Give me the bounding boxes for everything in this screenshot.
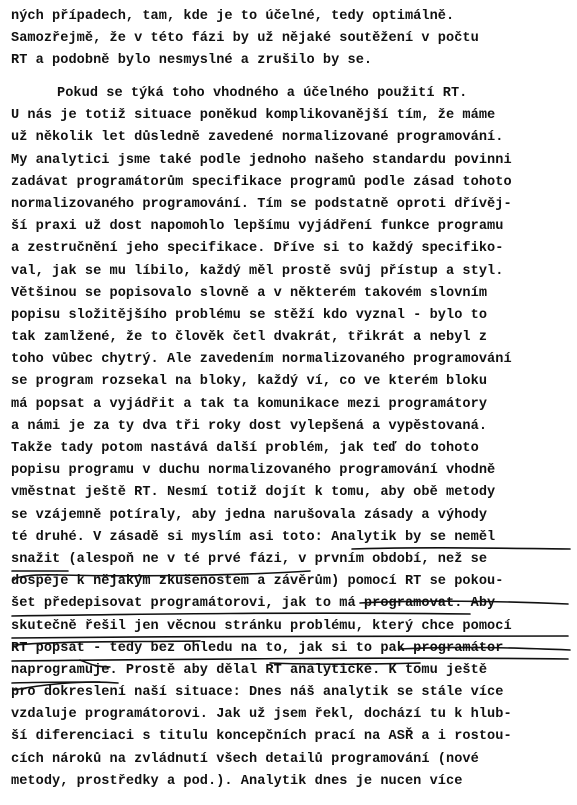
scanned-page: ných případech, tam, kde je to účelné, t… (0, 0, 577, 805)
text-line: cích nároků na zvládnutí všech detailů p… (11, 749, 577, 771)
text-line: Takže tady potom nastává další problém, … (11, 438, 577, 460)
text-line: ší praxi už dost napomohlo lepšímu vyjád… (11, 216, 577, 238)
text-line: Pokud se týká toho vhodného a účelného p… (11, 83, 577, 105)
text-line: toho vůbec chytrý. Ale zavedením normali… (11, 349, 577, 371)
text-line: má popsat a vyjádřit a tak ta komunikace… (11, 394, 577, 416)
text-line: se vzájemně potíraly, aby jedna narušova… (11, 505, 577, 527)
text-line: ných případech, tam, kde je to účelné, t… (11, 6, 577, 28)
text-line: se program rozsekal na bloky, každý ví, … (11, 371, 577, 393)
text-line: a zestručnění jeho specifikace. Dříve si… (11, 238, 577, 260)
text-line: ší diferenciaci s titulu koncepčních pra… (11, 726, 577, 748)
text-line: tak zamlžené, že to člověk četl dvakrát,… (11, 327, 577, 349)
text-line: zadávat programátorům specifikace progra… (11, 172, 577, 194)
text-line: skutečně řešil jen věcnou stránku problé… (11, 616, 577, 638)
text-line: pro dokreslení naší situace: Dnes náš an… (11, 682, 577, 704)
text-line: val, jak se mu líbilo, každý měl prostě … (11, 261, 577, 283)
text-line: My analytici jsme také podle jednoho naš… (11, 150, 577, 172)
text-line: popisu programu v duchu normalizovaného … (11, 460, 577, 482)
text-line: RT a podobně bylo nesmyslné a zrušilo by… (11, 50, 577, 72)
text-line: Samozřejmě, že v této fázi by už nějaké … (11, 28, 577, 50)
text-line: už několik let důsledně zavedené normali… (11, 127, 577, 149)
text-line: normalizovaného programování. Tím se pod… (11, 194, 577, 216)
text-line: U nás je totiž situace poněkud komplikov… (11, 105, 577, 127)
text-line: popisu složitějšího problému se stěží kd… (11, 305, 577, 327)
text-line: a námi je za ty dva tři roky dost vylepš… (11, 416, 577, 438)
text-line: dospěje k nějakým zkušenostem a závěrům)… (11, 571, 577, 593)
paragraph-1: ných případech, tam, kde je to účelné, t… (11, 6, 577, 73)
text-line: Většinou se popisovalo slovně a v někter… (11, 283, 577, 305)
text-line: té druhé. V zásadě si myslím asi toto: A… (11, 527, 577, 549)
paragraph-2: Pokud se týká toho vhodného a účelného p… (11, 83, 577, 793)
text-line: vměstnat ještě RT. Nesmí totiž dojít k t… (11, 482, 577, 504)
text-line: šet předepisovat programátorovi, jak to … (11, 593, 577, 615)
text-line: metody, prostředky a pod.). Analytik dne… (11, 771, 577, 793)
text-line: RT popsat - tedy bez ohledu na to, jak s… (11, 638, 577, 660)
text-line: vzdaluje programátorovi. Jak už jsem řek… (11, 704, 577, 726)
text-line: snažit (alespoň ne v té prvé fázi, v prv… (11, 549, 577, 571)
text-line: naprogramuje. Prostě aby dělal RT analyt… (11, 660, 577, 682)
